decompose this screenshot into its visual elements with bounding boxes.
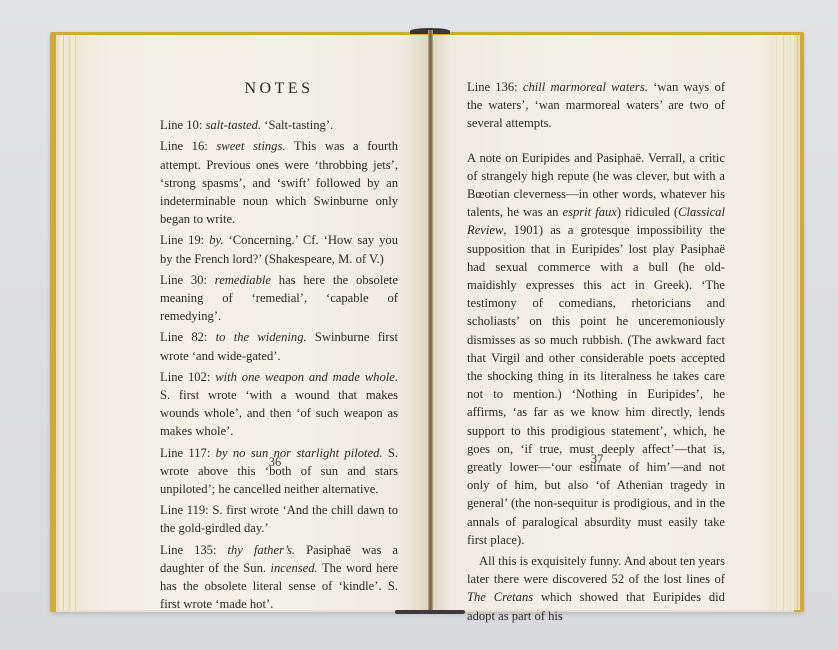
page-number-left: 36: [255, 455, 295, 470]
note-line-136: Line 136: chill marmoreal waters. ‘wan w…: [467, 78, 725, 133]
book-gutter: [428, 30, 433, 612]
note-lemma: sweet stings.: [216, 139, 285, 153]
note-lemma: incensed.: [271, 561, 318, 575]
note-ref: Line 10:: [160, 118, 202, 132]
note-ref: Line 136:: [467, 80, 518, 94]
note-ref: Line 16:: [160, 139, 208, 153]
para-text: , 1901) as a grotesque impossibility the…: [467, 223, 725, 546]
note-ref: Line 117:: [160, 446, 210, 460]
note-line-102: Line 102: with one weapon and made whole…: [160, 368, 398, 441]
note-text: S. first wrote ‘with a wound that makes …: [160, 388, 398, 438]
note-lemma: by.: [209, 233, 223, 247]
note-line-119: Line 119: S. first wrote ‘And the chill …: [160, 501, 398, 537]
paragraph-euripides: A note on Euripides and Pasiphaë. Verral…: [467, 149, 725, 549]
spine-bottom: [395, 610, 465, 614]
paragraph-cretans: All this is exquisitely funny. And about…: [467, 552, 725, 625]
note-line-30: Line 30: remediable has here the obsolet…: [160, 271, 398, 326]
para-text: ) ridiculed (: [617, 205, 678, 219]
right-page-edges: [770, 35, 800, 610]
note-ref: Line 82:: [160, 330, 207, 344]
note-lemma: chill marmoreal waters.: [523, 80, 648, 94]
note-ref: Line 119:: [160, 503, 209, 517]
left-page-edges: [56, 35, 80, 610]
para-italic: esprit faux: [562, 205, 616, 219]
left-page-text: NOTES Line 10: salt-tasted. ‘Salt-tastin…: [160, 80, 398, 616]
page-heading: NOTES: [160, 80, 398, 98]
note-ref: Line 19:: [160, 233, 204, 247]
para-italic: The Cretans: [467, 590, 533, 604]
note-line-117: Line 117: by no sun nor starlight pilote…: [160, 444, 398, 499]
note-line-82: Line 82: to the widening. Swinburne firs…: [160, 328, 398, 364]
para-text: All this is exquisitely funny. And about…: [467, 554, 725, 586]
note-lemma: with one weapon and made whole.: [215, 370, 398, 384]
note-ref: Line 135:: [160, 543, 216, 557]
note-text: ‘Salt-tasting’.: [261, 118, 333, 132]
note-lemma: remediable: [215, 273, 271, 287]
note-lemma: thy father’s.: [228, 543, 296, 557]
note-line-19: Line 19: by. ‘Concerning.’ Cf. ‘How say …: [160, 231, 398, 267]
note-line-16: Line 16: sweet stings. This was a fourth…: [160, 137, 398, 228]
page-number-right: 37: [577, 452, 617, 467]
note-line-135: Line 135: thy father’s. Pasiphaë was a d…: [160, 541, 398, 614]
right-page-text: Line 136: chill marmoreal waters. ‘wan w…: [467, 78, 725, 625]
note-ref: Line 102:: [160, 370, 210, 384]
note-lemma: by no sun nor starlight piloted.: [216, 446, 383, 460]
note-lemma: salt-tasted.: [205, 118, 261, 132]
note-lemma: to the widening.: [216, 330, 307, 344]
note-ref: Line 30:: [160, 273, 207, 287]
note-line-10: Line 10: salt-tasted. ‘Salt-tasting’.: [160, 116, 398, 134]
